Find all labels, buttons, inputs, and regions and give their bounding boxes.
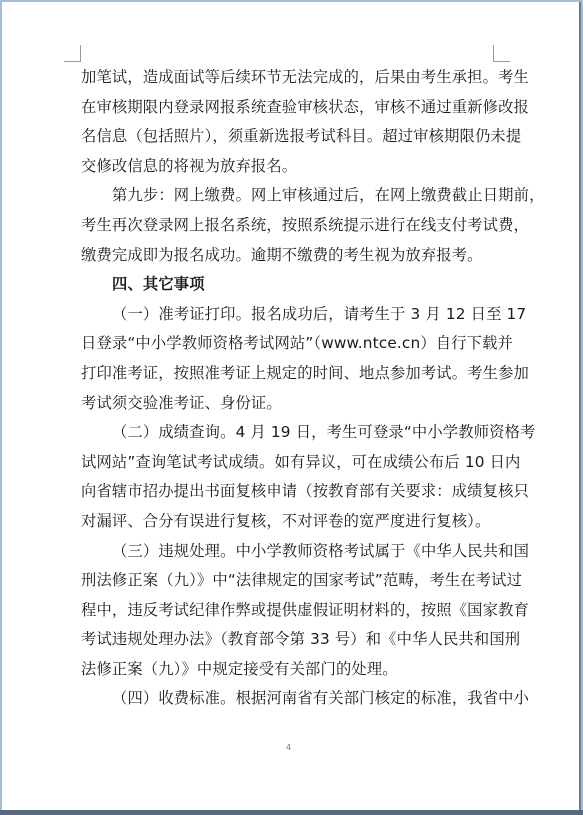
text-line: 向省辖市招办提出书面复核申请（按教育部有关要求：成绩复核只: [81, 477, 496, 507]
text-line: 考生再次登录网上报名系统，按照系统提示进行在线支付考试费，: [81, 211, 496, 241]
text-line: 名信息（包括照片），须重新选报考试科目。超过审核期限仍未提: [81, 122, 496, 152]
section-heading: 四、其它事项: [81, 270, 496, 300]
text-line: 考试须交验准考证、身份证。: [81, 389, 496, 419]
text-line: 加笔试，造成面试等后续环节无法完成的，后果由考生承担。考生: [81, 63, 496, 93]
text-line: 交修改信息的将视为放弃报名。: [81, 152, 496, 182]
text-line: 打印准考证，按照准考证上规定的时间、地点参加考试。考生参加: [81, 359, 496, 389]
text-line: 考试违规处理办法》（教育部令第 33 号）和《中华人民共和国刑: [81, 625, 496, 655]
page-number: 4: [286, 743, 291, 752]
text-line: （二）成绩查询。4 月 19 日，考生可登录“中小学教师资格考: [81, 418, 496, 448]
text-line: （一）准考证打印。报名成功后，请考生于 3 月 12 日至 17: [81, 300, 496, 330]
text-line: （四）收费标准。根据河南省有关部门核定的标准，我省中小: [81, 684, 496, 714]
text-line: 刑法修正案（九）》中“法律规定的国家考试”范畴，考生在考试过: [81, 566, 496, 596]
text-line: 试网站”查询笔试考试成绩。如有异议，可在成绩公布后 10 日内: [81, 448, 496, 478]
document-body[interactable]: 加笔试，造成面试等后续环节无法完成的，后果由考生承担。考生 在审核期限内登录网报…: [81, 63, 496, 714]
text-line: 日登录“中小学教师资格考试网站”（www.ntce.cn）自行下载并: [81, 329, 496, 359]
text-line: （三）违规处理。中小学教师资格考试属于《中华人民共和国: [81, 537, 496, 567]
status-bar: [0, 810, 583, 815]
margin-corner-mark-right: [493, 45, 510, 62]
text-line: 缴费完成即为报名成功。逾期不缴费的考生视为放弃报考。: [81, 241, 496, 271]
text-line: 第九步：网上缴费。网上审核通过后，在网上缴费截止日期前，: [81, 181, 496, 211]
text-line: 程中，违反考试纪律作弊或提供虚假证明材料的，按照《国家教育: [81, 596, 496, 626]
margin-corner-mark-left: [64, 45, 81, 62]
text-line: 在审核期限内登录网报系统查验审核状态，审核不通过重新修改报: [81, 93, 496, 123]
text-line: 法修正案（九）》中规定接受有关部门的处理。: [81, 655, 496, 685]
text-line: 对漏评、合分有误进行复核，不对评卷的宽严度进行复核）。: [81, 507, 496, 537]
